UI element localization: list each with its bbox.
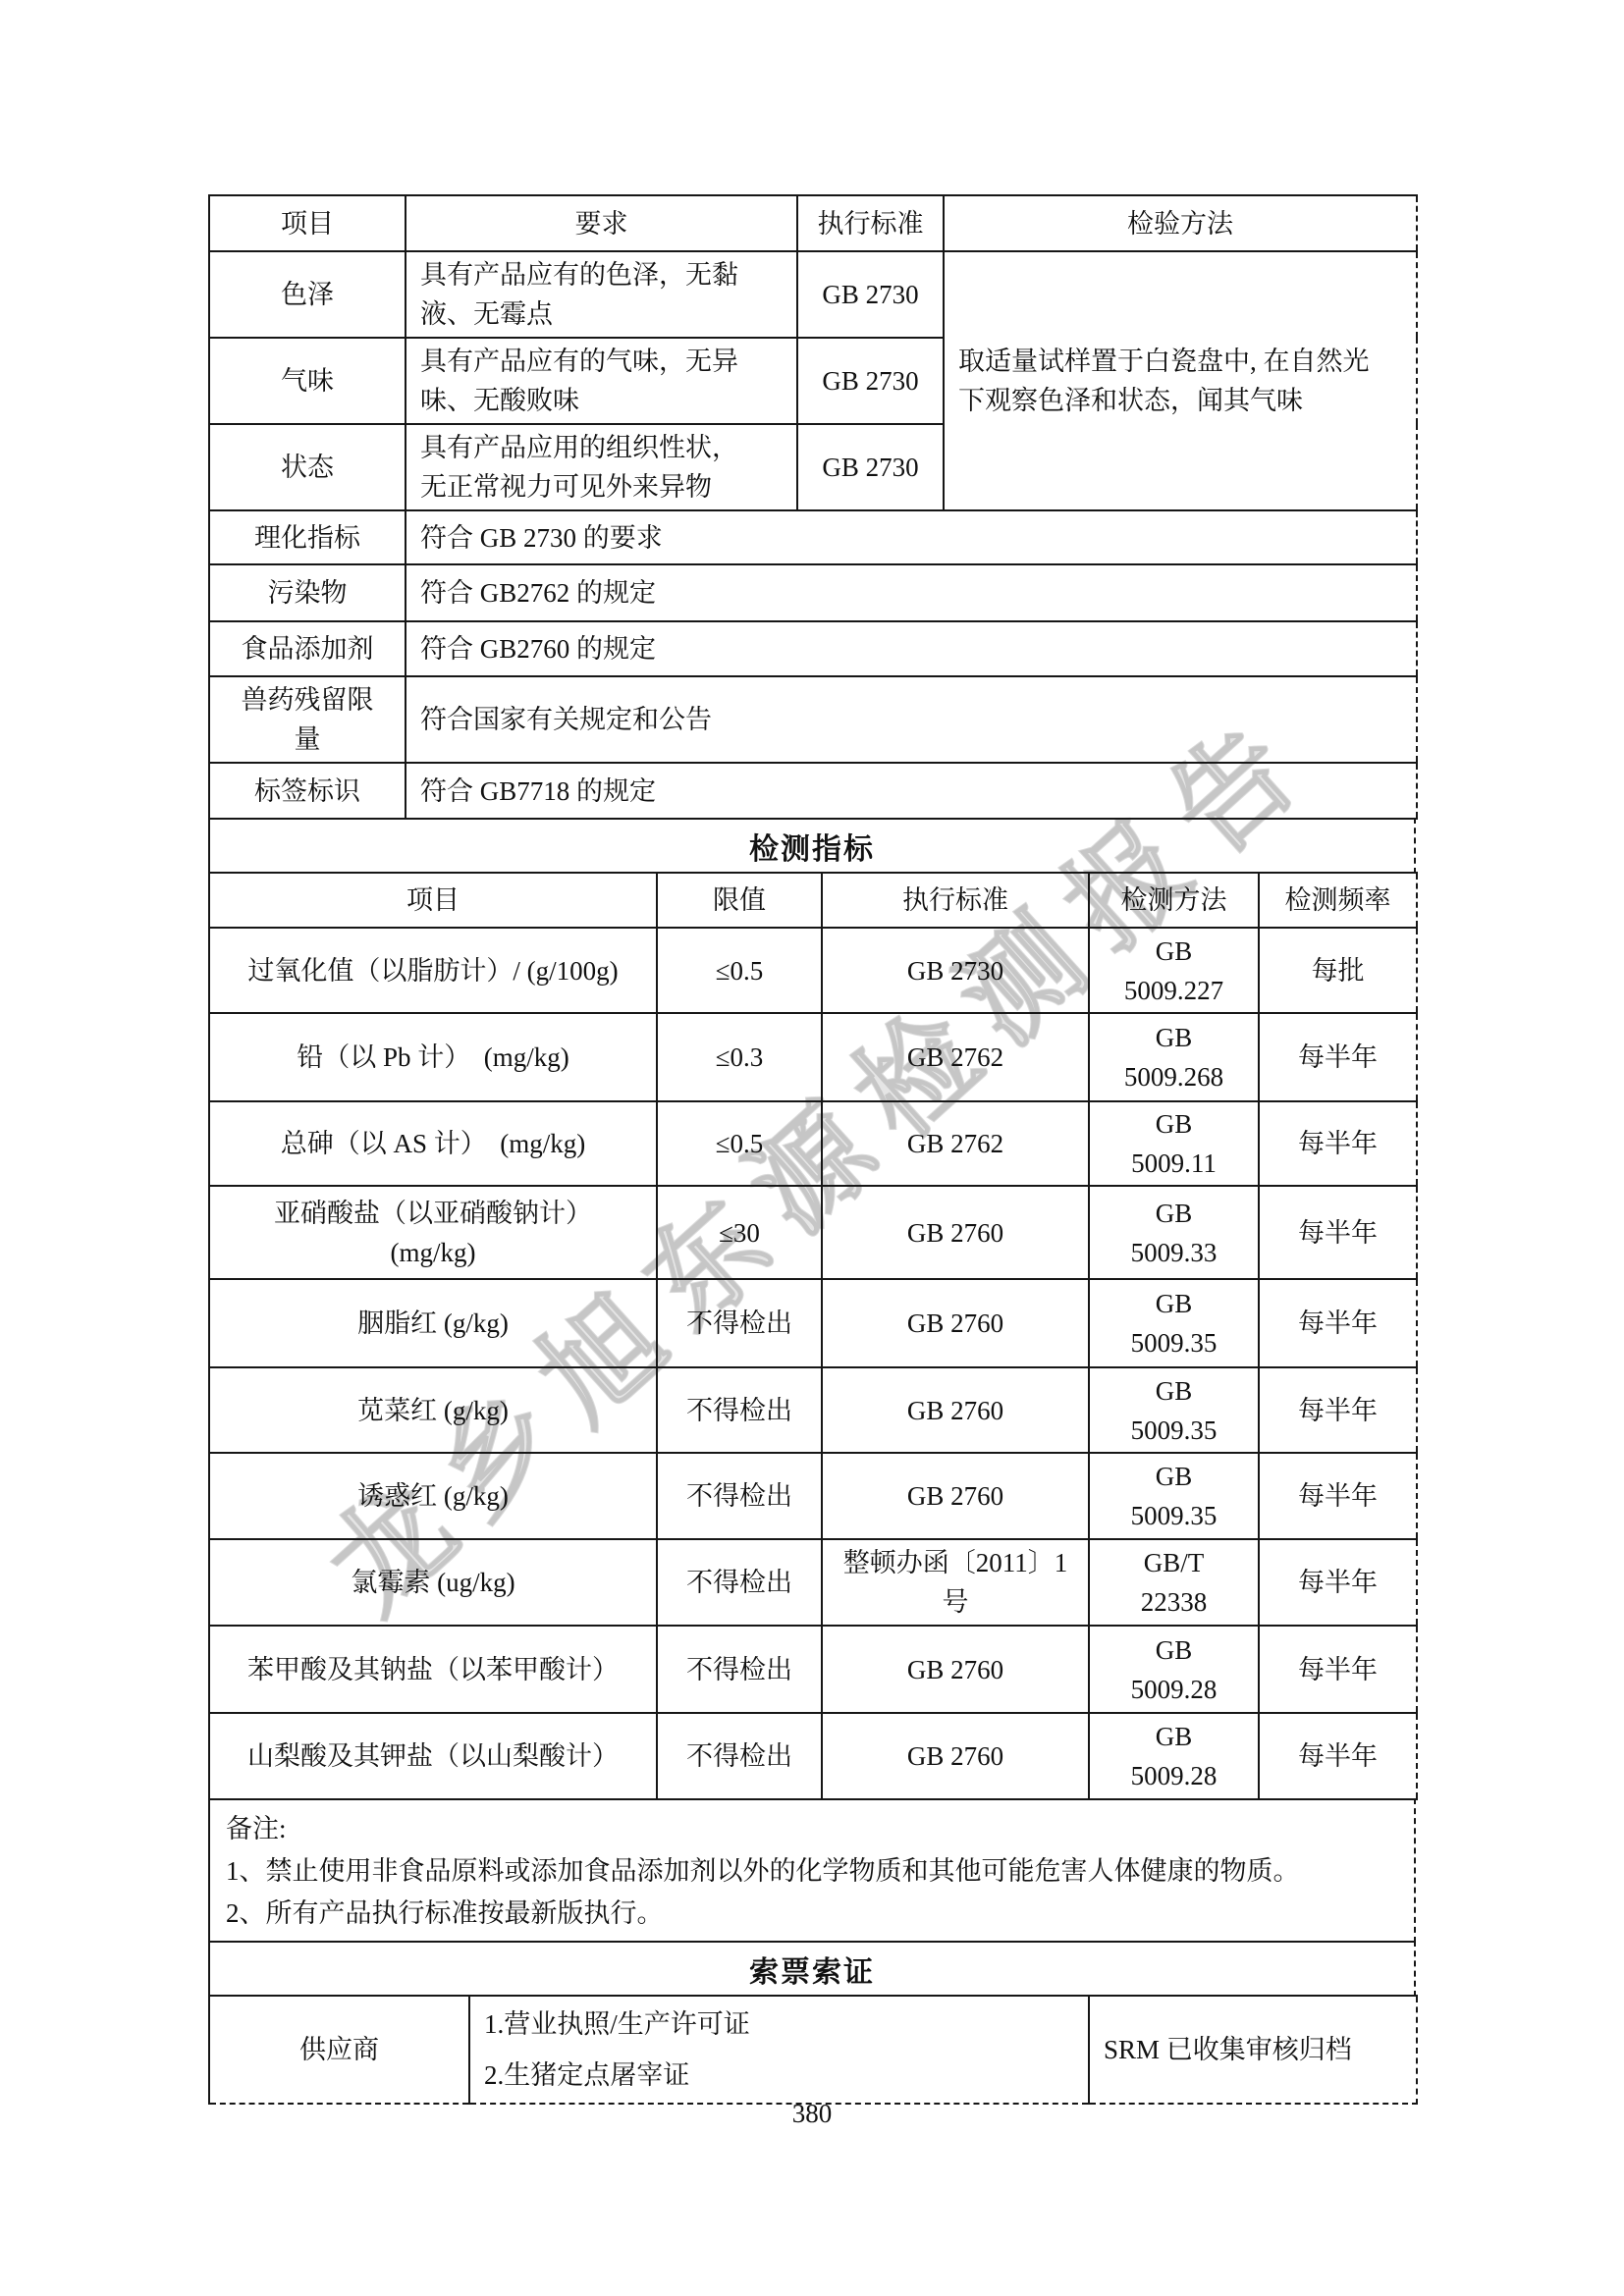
cell-method: GB 5009.35 — [1089, 1367, 1259, 1453]
table-row: 色泽 具有产品应有的色泽，无黏 液、无霉点 GB 2730 取适量试样置于白瓷盘… — [209, 251, 1417, 338]
cell-method: GB/T 22338 — [1089, 1539, 1259, 1626]
detection-table: 项目 限值 执行标准 检测方法 检测频率 过氧化值（以脂肪计）/ (g/100g… — [208, 872, 1418, 1800]
table-row: 食品添加剂 符合 GB2760 的规定 — [209, 621, 1417, 676]
cell-item: 总砷（以 AS 计） (mg/kg) — [209, 1101, 657, 1186]
table-row: 胭脂红 (g/kg) 不得检出 GB 2760 GB 5009.35 每半年 — [209, 1279, 1417, 1367]
cell-item: 苋菜红 (g/kg) — [209, 1367, 657, 1453]
table-row: 苯甲酸及其钠盐（以苯甲酸计） 不得检出 GB 2760 GB 5009.28 每… — [209, 1626, 1417, 1713]
table-row: 供应商 1.营业执照/生产许可证 2.生猪定点屠宰证 SRM 已收集审核归档 — [209, 1996, 1417, 2104]
table-row: 诱惑红 (g/kg) 不得检出 GB 2760 GB 5009.35 每半年 — [209, 1453, 1417, 1539]
table-row: 铅（以 Pb 计） (mg/kg) ≤0.3 GB 2762 GB 5009.2… — [209, 1013, 1417, 1101]
cell-method: GB 5009.227 — [1089, 928, 1259, 1013]
cell-limit: ≤0.3 — [657, 1013, 822, 1101]
table-row: 苋菜红 (g/kg) 不得检出 GB 2760 GB 5009.35 每半年 — [209, 1367, 1417, 1453]
cell-standard: GB 2760 — [822, 1453, 1089, 1539]
cell-method: GB 5009.11 — [1089, 1101, 1259, 1186]
cell-limit: 不得检出 — [657, 1626, 822, 1713]
table-row: 过氧化值（以脂肪计）/ (g/100g) ≤0.5 GB 2730 GB 500… — [209, 928, 1417, 1013]
section-title-detection-indicators: 检测指标 — [208, 818, 1416, 874]
cell-frequency: 每半年 — [1259, 1367, 1417, 1453]
note-item: 2、所有产品执行标准按最新版执行。 — [226, 1893, 1402, 1935]
table-header-row: 项目 要求 执行标准 检验方法 — [209, 195, 1417, 251]
cell-item: 污染物 — [209, 564, 406, 621]
notes-label: 备注: — [226, 1808, 1402, 1850]
cell-requirement: 具有产品应有的气味，无异 味、无酸败味 — [406, 338, 797, 424]
header-method: 检测方法 — [1089, 873, 1259, 928]
cell-documents: 1.营业执照/生产许可证 2.生猪定点屠宰证 — [469, 1996, 1089, 2104]
cell-requirement: 符合国家有关规定和公告 — [406, 676, 1417, 763]
cell-requirement: 具有产品应有的色泽，无黏 液、无霉点 — [406, 251, 797, 338]
cell-frequency: 每半年 — [1259, 1626, 1417, 1713]
cell-standard: GB 2760 — [822, 1713, 1089, 1799]
cell-method: GB 5009.35 — [1089, 1453, 1259, 1539]
cell-item: 过氧化值（以脂肪计）/ (g/100g) — [209, 928, 657, 1013]
cell-frequency: 每半年 — [1259, 1101, 1417, 1186]
header-standard: 执行标准 — [797, 195, 944, 251]
cell-standard: GB 2762 — [822, 1013, 1089, 1101]
cell-item: 食品添加剂 — [209, 621, 406, 676]
supplier-table: 供应商 1.营业执照/生产许可证 2.生猪定点屠宰证 SRM 已收集审核归档 — [208, 1995, 1418, 2105]
cell-item: 胭脂红 (g/kg) — [209, 1279, 657, 1367]
cell-requirement: 具有产品应用的组织性状， 无正常视力可见外来异物 — [406, 424, 797, 510]
cell-method: GB 5009.28 — [1089, 1626, 1259, 1713]
cell-standard: GB 2730 — [797, 338, 944, 424]
section-title-certificates: 索票索证 — [208, 1941, 1416, 1997]
cell-limit: ≤0.5 — [657, 1101, 822, 1186]
table-row: 亚硝酸盐（以亚硝酸钠计） (mg/kg) ≤30 GB 2760 GB 5009… — [209, 1186, 1417, 1279]
cell-item: 理化指标 — [209, 510, 406, 564]
cell-frequency: 每半年 — [1259, 1539, 1417, 1626]
cell-frequency: 每半年 — [1259, 1713, 1417, 1799]
cell-standard: GB 2730 — [822, 928, 1089, 1013]
content-sheet: 项目 要求 执行标准 检验方法 色泽 具有产品应有的色泽，无黏 液、无霉点 GB… — [208, 196, 1416, 2105]
header-requirement: 要求 — [406, 195, 797, 251]
cell-limit: 不得检出 — [657, 1539, 822, 1626]
cell-requirement: 符合 GB7718 的规定 — [406, 763, 1417, 819]
cell-limit: ≤30 — [657, 1186, 822, 1279]
table-header-row: 项目 限值 执行标准 检测方法 检测频率 — [209, 873, 1417, 928]
header-method: 检验方法 — [944, 195, 1417, 251]
table-row: 山梨酸及其钾盐（以山梨酸计） 不得检出 GB 2760 GB 5009.28 每… — [209, 1713, 1417, 1799]
document-page: 龙乡旭东源检测报告 项目 要求 执行标准 检验方法 色泽 具有产品应有的色泽，无… — [0, 0, 1624, 2296]
cell-standard: GB 2760 — [822, 1626, 1089, 1713]
cell-item: 诱惑红 (g/kg) — [209, 1453, 657, 1539]
cell-standard: GB 2760 — [822, 1279, 1089, 1367]
table-row: 标签标识 符合 GB7718 的规定 — [209, 763, 1417, 819]
cell-method: GB 5009.35 — [1089, 1279, 1259, 1367]
table-row: 氯霉素 (ug/kg) 不得检出 整顿办函〔2011〕1 号 GB/T 2233… — [209, 1539, 1417, 1626]
cell-standard: GB 2762 — [822, 1101, 1089, 1186]
cell-limit: 不得检出 — [657, 1713, 822, 1799]
cell-item: 亚硝酸盐（以亚硝酸钠计） (mg/kg) — [209, 1186, 657, 1279]
cell-requirement: 符合 GB2762 的规定 — [406, 564, 1417, 621]
page-number: 380 — [208, 2099, 1416, 2129]
cell-item: 山梨酸及其钾盐（以山梨酸计） — [209, 1713, 657, 1799]
header-limit: 限值 — [657, 873, 822, 928]
cell-item: 气味 — [209, 338, 406, 424]
cell-item: 标签标识 — [209, 763, 406, 819]
note-item: 1、禁止使用非食品原料或添加食品添加剂以外的化学物质和其他可能危害人体健康的物质… — [226, 1850, 1402, 1893]
cell-frequency: 每半年 — [1259, 1279, 1417, 1367]
cell-requirement: 符合 GB2760 的规定 — [406, 621, 1417, 676]
cell-frequency: 每批 — [1259, 928, 1417, 1013]
cell-item: 兽药残留限 量 — [209, 676, 406, 763]
notes-block: 备注: 1、禁止使用非食品原料或添加食品添加剂以外的化学物质和其他可能危害人体健… — [208, 1798, 1416, 1943]
cell-requirement: 符合 GB 2730 的要求 — [406, 510, 1417, 564]
cell-supplier: 供应商 — [209, 1996, 469, 2104]
table-row: 污染物 符合 GB2762 的规定 — [209, 564, 1417, 621]
header-standard: 执行标准 — [822, 873, 1089, 928]
table-row: 理化指标 符合 GB 2730 的要求 — [209, 510, 1417, 564]
cell-frequency: 每半年 — [1259, 1453, 1417, 1539]
cell-inspection-method: 取适量试样置于白瓷盘中, 在自然光 下观察色泽和状态，闻其气味 — [944, 251, 1417, 510]
cell-frequency: 每半年 — [1259, 1013, 1417, 1101]
cell-method: GB 5009.268 — [1089, 1013, 1259, 1101]
table-row: 兽药残留限 量 符合国家有关规定和公告 — [209, 676, 1417, 763]
cell-standard: 整顿办函〔2011〕1 号 — [822, 1539, 1089, 1626]
table-row: 总砷（以 AS 计） (mg/kg) ≤0.5 GB 2762 GB 5009.… — [209, 1101, 1417, 1186]
cell-method: GB 5009.33 — [1089, 1186, 1259, 1279]
cell-standard: GB 2760 — [822, 1367, 1089, 1453]
header-frequency: 检测频率 — [1259, 873, 1417, 928]
cell-limit: 不得检出 — [657, 1367, 822, 1453]
requirements-table: 项目 要求 执行标准 检验方法 色泽 具有产品应有的色泽，无黏 液、无霉点 GB… — [208, 194, 1418, 820]
cell-item: 氯霉素 (ug/kg) — [209, 1539, 657, 1626]
cell-limit: 不得检出 — [657, 1453, 822, 1539]
cell-item: 色泽 — [209, 251, 406, 338]
cell-item: 状态 — [209, 424, 406, 510]
cell-standard: GB 2760 — [822, 1186, 1089, 1279]
cell-limit: ≤0.5 — [657, 928, 822, 1013]
cell-status: SRM 已收集审核归档 — [1089, 1996, 1417, 2104]
cell-item: 铅（以 Pb 计） (mg/kg) — [209, 1013, 657, 1101]
cell-standard: GB 2730 — [797, 251, 944, 338]
cell-frequency: 每半年 — [1259, 1186, 1417, 1279]
cell-standard: GB 2730 — [797, 424, 944, 510]
cell-method: GB 5009.28 — [1089, 1713, 1259, 1799]
header-item: 项目 — [209, 195, 406, 251]
header-item: 项目 — [209, 873, 657, 928]
cell-limit: 不得检出 — [657, 1279, 822, 1367]
cell-item: 苯甲酸及其钠盐（以苯甲酸计） — [209, 1626, 657, 1713]
